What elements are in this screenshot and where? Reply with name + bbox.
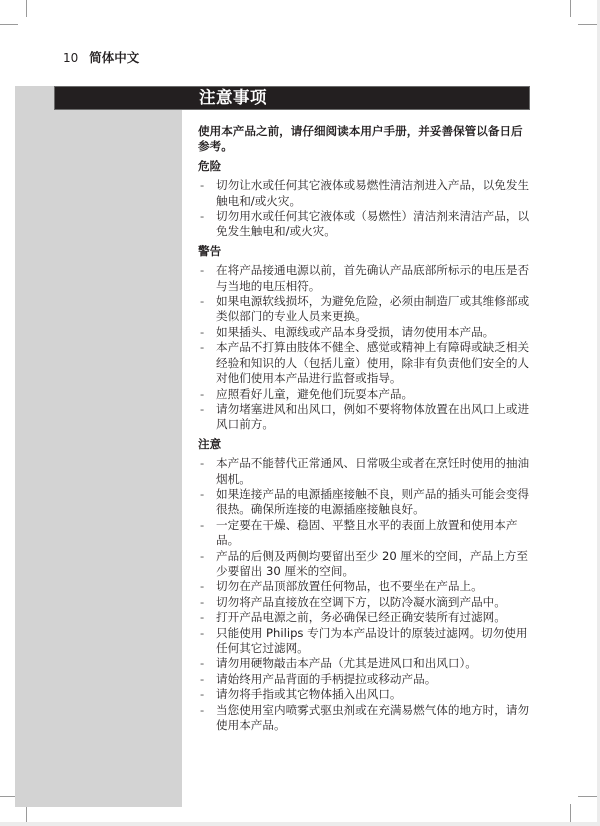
list-item: -切勿让水或任何其它液体或易燃性清洁剂进入产品，以免发生触电和/或火灾。	[198, 178, 530, 209]
dash-bullet-icon: -	[200, 579, 204, 594]
list-item: -请勿堵塞进风和出风口，例如不要将物体放置在出风口上或进风口前方。	[198, 402, 530, 433]
section-title-bar: 注意事项	[54, 86, 530, 110]
dash-bullet-icon: -	[200, 703, 204, 718]
crop-mark-top-right-v	[570, 0, 571, 17]
list-item-text: 打开产品电源之前，务必确保已经正确安装所有过滤网。	[216, 610, 506, 624]
page-header: 10 简体中文	[63, 50, 139, 66]
dash-bullet-icon: -	[200, 263, 204, 278]
list-item-text: 如果插头、电源线或产品本身受损，请勿使用本产品。	[216, 325, 494, 339]
dash-bullet-icon: -	[200, 178, 204, 193]
crop-mark-bottom-right-h	[578, 796, 597, 797]
list-item-text: 请始终用产品背面的手柄提拉或移动产品。	[216, 672, 436, 686]
list-item: -在将产品接通电源以前，首先确认产品底部所标示的电压是否与当地的电压相符。	[198, 263, 530, 294]
dash-bullet-icon: -	[200, 626, 204, 641]
section-danger: 危险-切勿让水或任何其它液体或易燃性清洁剂进入产品，以免发生触电和/或火灾。-切…	[198, 159, 530, 240]
dash-bullet-icon: -	[200, 209, 204, 224]
list-item: -一定要在干燥、稳固、平整且水平的表面上放置和使用本产品。	[198, 518, 530, 549]
list-item-text: 如果连接产品的电源插座接触不良，则产品的插头可能会变得很热。确保所连接的电源插座…	[216, 487, 529, 516]
sections-container: 危险-切勿让水或任何其它液体或易燃性清洁剂进入产品，以免发生触电和/或火灾。-切…	[198, 159, 530, 734]
dash-bullet-icon: -	[200, 340, 204, 355]
list-item: -请始终用产品背面的手柄提拉或移动产品。	[198, 672, 530, 687]
section-title: 注意	[198, 437, 530, 452]
crop-mark-bottom-right-v	[570, 804, 571, 822]
dash-bullet-icon: -	[200, 402, 204, 417]
gray-sidebar	[15, 86, 182, 807]
list-item: -本产品不打算由肢体不健全、感觉或精神上有障碍或缺乏相关经验和知识的人（包括儿童…	[198, 340, 530, 386]
list-item: -切勿在产品顶部放置任何物品，也不要坐在产品上。	[198, 579, 530, 594]
bullet-list: -在将产品接通电源以前，首先确认产品底部所标示的电压是否与当地的电压相符。-如果…	[198, 263, 530, 432]
list-item-text: 只能使用 Philips 专门为本产品设计的原装过滤网。切勿使用任何其它过滤网。	[216, 626, 527, 655]
dash-bullet-icon: -	[200, 325, 204, 340]
dash-bullet-icon: -	[200, 672, 204, 687]
list-item: -切勿用水或任何其它液体或（易燃性）清洁剂来清洁产品，以免发生触电和/或火灾。	[198, 209, 530, 240]
list-item: -如果连接产品的电源插座接触不良，则产品的插头可能会变得很热。确保所连接的电源插…	[198, 487, 530, 518]
list-item-text: 当您使用室内喷雾式驱虫剂或在充满易燃气体的地方时，请勿使用本产品。	[216, 703, 529, 732]
list-item-text: 如果电源软线损坏，为避免危险，必须由制造厂或其维修部或类似部门的专业人员来更换。	[216, 294, 529, 323]
list-item-text: 切勿在产品顶部放置任何物品，也不要坐在产品上。	[216, 579, 483, 593]
dash-bullet-icon: -	[200, 294, 204, 309]
list-item-text: 请勿堵塞进风和出风口，例如不要将物体放置在出风口上或进风口前方。	[216, 402, 529, 431]
list-item: -产品的后侧及两侧均要留出至少 20 厘米的空间，产品上方至少要留出 30 厘米…	[198, 549, 530, 580]
list-item-text: 一定要在干燥、稳固、平整且水平的表面上放置和使用本产品。	[216, 518, 517, 547]
list-item: -请勿用硬物敲击本产品（尤其是进风口和出风口）。	[198, 656, 530, 671]
intro-paragraph: 使用本产品之前，请仔细阅读本用户手册，并妥善保管以备日后参考。	[198, 124, 530, 155]
section-caution: 注意-本产品不能替代正常通风、日常吸尘或者在烹饪时使用的抽油烟机。-如果连接产品…	[198, 437, 530, 734]
bullet-list: -本产品不能替代正常通风、日常吸尘或者在烹饪时使用的抽油烟机。-如果连接产品的电…	[198, 456, 530, 733]
dash-bullet-icon: -	[200, 387, 204, 402]
list-item-text: 在将产品接通电源以前，首先确认产品底部所标示的电压是否与当地的电压相符。	[216, 263, 529, 292]
list-item-text: 请勿将手指或其它物体插入出风口。	[216, 687, 402, 701]
list-item: -当您使用室内喷雾式驱虫剂或在充满易燃气体的地方时，请勿使用本产品。	[198, 703, 530, 734]
language-label: 简体中文	[89, 50, 139, 65]
bullet-list: -切勿让水或任何其它液体或易燃性清洁剂进入产品，以免发生触电和/或火灾。-切勿用…	[198, 178, 530, 240]
dash-bullet-icon: -	[200, 456, 204, 471]
dash-bullet-icon: -	[200, 687, 204, 702]
list-item: -打开产品电源之前，务必确保已经正确安装所有过滤网。	[198, 610, 530, 625]
crop-mark-top-left-v	[26, 0, 27, 17]
page-number: 10	[63, 51, 78, 65]
section-title: 警告	[198, 244, 530, 259]
list-item: -应照看好儿童，避免他们玩耍本产品。	[198, 387, 530, 402]
list-item: -本产品不能替代正常通风、日常吸尘或者在烹饪时使用的抽油烟机。	[198, 456, 530, 487]
list-item-text: 切勿用水或任何其它液体或（易燃性）清洁剂来清洁产品，以免发生触电和/或火灾。	[216, 209, 529, 238]
crop-mark-top-right-h	[578, 24, 597, 25]
list-item-text: 应照看好儿童，避免他们玩耍本产品。	[216, 387, 413, 401]
list-item-text: 产品的后侧及两侧均要留出至少 20 厘米的空间，产品上方至少要留出 30 厘米的…	[216, 549, 528, 578]
list-item-text: 本产品不能替代正常通风、日常吸尘或者在烹饪时使用的抽油烟机。	[216, 456, 529, 485]
dash-bullet-icon: -	[200, 610, 204, 625]
list-item-text: 请勿用硬物敲击本产品（尤其是进风口和出风口）。	[216, 656, 477, 670]
list-item-text: 切勿让水或任何其它液体或易燃性清洁剂进入产品，以免发生触电和/或火灾。	[216, 178, 529, 207]
dash-bullet-icon: -	[200, 595, 204, 610]
page-edge-bottom	[0, 822, 600, 826]
section-warning: 警告-在将产品接通电源以前，首先确认产品底部所标示的电压是否与当地的电压相符。-…	[198, 244, 530, 433]
dash-bullet-icon: -	[200, 518, 204, 533]
dash-bullet-icon: -	[200, 549, 204, 564]
list-item: -只能使用 Philips 专门为本产品设计的原装过滤网。切勿使用任何其它过滤网…	[198, 626, 530, 657]
safety-content: 使用本产品之前，请仔细阅读本用户手册，并妥善保管以备日后参考。 危险-切勿让水或…	[198, 124, 530, 737]
list-item-text: 切勿将产品直接放在空调下方，以防冷凝水滴到产品中。	[216, 595, 506, 609]
dash-bullet-icon: -	[200, 656, 204, 671]
list-item: -如果电源软线损坏，为避免危险，必须由制造厂或其维修部或类似部门的专业人员来更换…	[198, 294, 530, 325]
list-item-text: 本产品不打算由肢体不健全、感觉或精神上有障碍或缺乏相关经验和知识的人（包括儿童）…	[216, 340, 529, 385]
list-item: -请勿将手指或其它物体插入出风口。	[198, 687, 530, 702]
dash-bullet-icon: -	[200, 487, 204, 502]
list-item: -切勿将产品直接放在空调下方，以防冷凝水滴到产品中。	[198, 595, 530, 610]
section-heading: 注意事项	[199, 88, 267, 108]
section-title: 危险	[198, 159, 530, 174]
list-item: -如果插头、电源线或产品本身受损，请勿使用本产品。	[198, 325, 530, 340]
crop-mark-top-left-h	[0, 24, 18, 25]
